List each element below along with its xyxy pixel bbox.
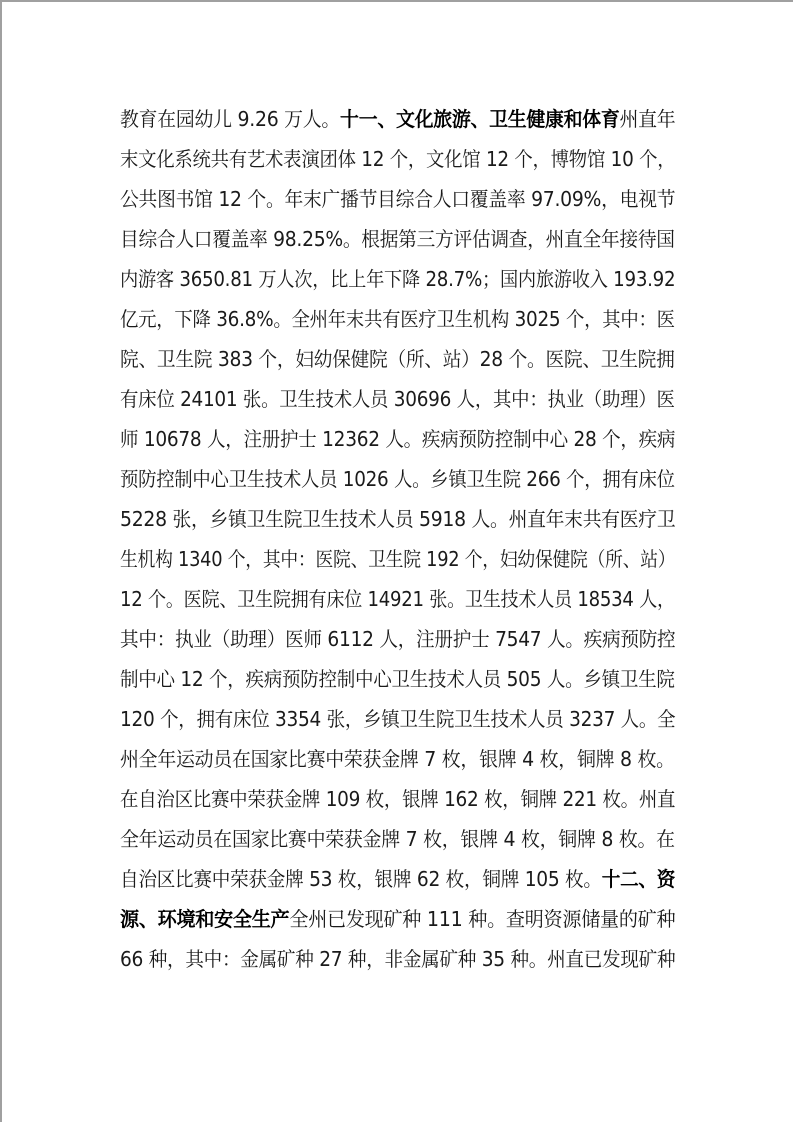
text-run: 自治区比赛中荣获金牌 53 枚，银牌 62 枚，铜牌 105 枚。 (120, 867, 602, 891)
text-line: 教育在园幼儿 9.26 万人。十一、文化旅游、卫生健康和体育州直年 (120, 99, 649, 139)
section-heading-culture-health-sports: 十一、文化旅游、卫生健康和体育 (340, 107, 619, 131)
text-run: 师 10678 人，注册护士 12362 人。疾病预防控制中心 28 个，疾病 (120, 427, 675, 451)
text-run: 有床位 24101 张。卫生技术人员 30696 人，其中：执业（助理）医 (120, 387, 675, 411)
text-line: 源、环境和安全生产全州已发现矿种 111 种。查明资源储量的矿种 (120, 899, 655, 939)
text-line: 在自治区比赛中荣获金牌 109 枚，银牌 162 枚，铜牌 221 枚。州直 (120, 779, 637, 819)
text-run: 全州已发现矿种 111 种。查明资源储量的矿种 (289, 907, 675, 931)
text-line: 末文化系统共有艺术表演团体 12 个，文化馆 12 个，博物馆 10 个， (120, 139, 635, 179)
text-run: 亿元，下降 36.8%。全州年末共有医疗卫生机构 3025 个，其中：医 (120, 307, 675, 331)
text-line: 其中：执业（助理）医师 6112 人，注册护士 7547 人。疾病预防控 (120, 619, 641, 659)
text-run: 内游客 3650.81 万人次，比上年下降 28.7%；国内旅游收入 193.9… (120, 267, 675, 291)
text-line: 5228 张，乡镇卫生院卫生技术人员 5918 人。州直年末共有医疗卫 (120, 499, 647, 539)
text-line: 制中心 12 个，疾病预防控制中心卫生技术人员 505 人。乡镇卫生院 (120, 659, 639, 699)
text-run: 5228 张，乡镇卫生院卫生技术人员 5918 人。州直年末共有医疗卫 (120, 507, 675, 531)
text-line: 生机构 1340 个，其中：医院、卫生院 192 个，妇幼保健院（所、站） (120, 539, 619, 579)
text-line: 120 个，拥有床位 3354 张，乡镇卫生院卫生技术人员 3237 人。全 (120, 699, 638, 739)
text-line: 全年运动员在国家比赛中荣获金牌 7 枚，银牌 4 枚，铜牌 8 枚。在 (120, 819, 650, 859)
text-line: 12 个。医院、卫生院拥有床位 14921 张。卫生技术人员 18534 人， (120, 579, 627, 619)
text-run: 120 个，拥有床位 3354 张，乡镇卫生院卫生技术人员 3237 人。全 (120, 707, 675, 731)
text-run: 目综合人口覆盖率 98.25%。根据第三方评估调查，州直全年接待国 (120, 227, 675, 251)
text-run: 院、卫生院 383 个，妇幼保健院（所、站）28 个。医院、卫生院拥 (120, 347, 675, 371)
text-run: 州全年运动员在国家比赛中荣获金牌 7 枚，银牌 4 枚，铜牌 8 枚。 (120, 747, 675, 771)
text-line: 亿元，下降 36.8%。全州年末共有医疗卫生机构 3025 个，其中：医 (120, 299, 635, 339)
text-run: 公共图书馆 12 个。年末广播节目综合人口覆盖率 97.09%，电视节 (120, 187, 675, 211)
text-line: 院、卫生院 383 个，妇幼保健院（所、站）28 个。医院、卫生院拥 (120, 339, 644, 379)
text-run: 州直年 (619, 107, 675, 131)
text-run: 末文化系统共有艺术表演团体 12 个，文化馆 12 个，博物馆 10 个， (120, 147, 675, 171)
text-run: 全年运动员在国家比赛中荣获金牌 7 枚，银牌 4 枚，铜牌 8 枚。在 (120, 827, 675, 851)
text-line: 目综合人口覆盖率 98.25%。根据第三方评估调查，州直全年接待国 (120, 219, 644, 259)
section-heading-resources-environment: 十二、资 (602, 867, 675, 891)
text-run: 66 种，其中：金属矿种 27 种，非金属矿种 35 种。州直已发现矿种 (120, 947, 675, 971)
text-run: 在自治区比赛中荣获金牌 109 枚，银牌 162 枚，铜牌 221 枚。州直 (120, 787, 675, 811)
text-line: 自治区比赛中荣获金牌 53 枚，银牌 62 枚，铜牌 105 枚。十二、资 (120, 859, 641, 899)
text-run: 制中心 12 个，疾病预防控制中心卫生技术人员 505 人。乡镇卫生院 (120, 667, 675, 691)
text-line: 公共图书馆 12 个。年末广播节目综合人口覆盖率 97.09%，电视节 (120, 179, 647, 219)
body-text: 教育在园幼儿 9.26 万人。十一、文化旅游、卫生健康和体育州直年 末文化系统共… (120, 99, 680, 979)
text-run: 12 个。医院、卫生院拥有床位 14921 张。卫生技术人员 18534 人， (120, 587, 675, 611)
text-run: 预防控制中心卫生技术人员 1026 人。乡镇卫生院 266 个，拥有床位 (120, 467, 675, 491)
text-line: 内游客 3650.81 万人次，比上年下降 28.7%；国内旅游收入 193.9… (120, 259, 630, 299)
text-line: 66 种，其中：金属矿种 27 种，非金属矿种 35 种。州直已发现矿种 (120, 939, 641, 979)
text-line: 州全年运动员在国家比赛中荣获金牌 7 枚，银牌 4 枚，铜牌 8 枚。 (120, 739, 650, 779)
text-run: 生机构 1340 个，其中：医院、卫生院 192 个，妇幼保健院（所、站） (120, 547, 675, 571)
text-run: 教育在园幼儿 9.26 万人。 (120, 107, 340, 131)
text-line: 有床位 24101 张。卫生技术人员 30696 人，其中：执业（助理）医 (120, 379, 636, 419)
document-page: 教育在园幼儿 9.26 万人。十一、文化旅游、卫生健康和体育州直年 末文化系统共… (2, 2, 793, 1122)
section-heading-resources-environment-cont: 源、环境和安全生产 (120, 907, 289, 931)
text-run: 其中：执业（助理）医师 6112 人，注册护士 7547 人。疾病预防控 (120, 627, 675, 651)
text-line: 师 10678 人，注册护士 12362 人。疾病预防控制中心 28 个，疾病 (120, 419, 639, 459)
text-line: 预防控制中心卫生技术人员 1026 人。乡镇卫生院 266 个，拥有床位 (120, 459, 635, 499)
